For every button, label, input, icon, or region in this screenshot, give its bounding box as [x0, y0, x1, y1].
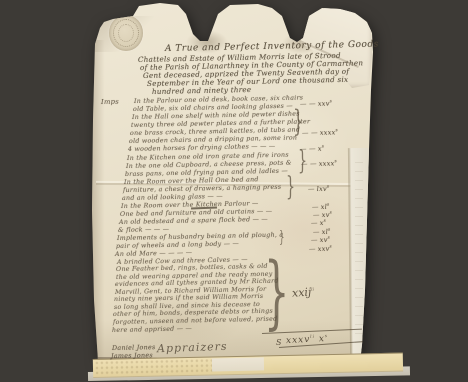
amount-value: —xs [311, 218, 326, 227]
amount-value: — —xxxxs [302, 127, 338, 137]
amount-value-large: xxijli [292, 285, 315, 300]
paper-stain [240, 190, 370, 270]
grouping-brace: } [293, 107, 304, 137]
grouping-brace: } [279, 229, 285, 245]
grouping-brace: } [298, 148, 307, 174]
grouping-brace: } [286, 174, 295, 200]
embossed-seal-stamp [109, 15, 143, 51]
appraisers-label: Appraizers [157, 340, 228, 355]
dash-leader: — — [302, 129, 318, 137]
signature: James Jones [111, 351, 153, 360]
amount-value: —xxvs [309, 244, 332, 254]
paper-patch [212, 357, 264, 371]
sum-mark: S [276, 338, 281, 347]
amount-value: — —xxvs [300, 98, 332, 108]
dash-leader: — [308, 185, 315, 193]
inventory-entry-line: & flock — — — [118, 226, 169, 234]
dash-leader: — [309, 245, 316, 253]
bleed-through-marks [355, 158, 363, 348]
weave-texture [95, 358, 215, 375]
margin-note: Imps [101, 98, 119, 106]
photograph-background: A True and Perfect Inventory of the Good… [0, 0, 468, 382]
amount-value: —lxvs [308, 184, 330, 194]
edge-shadow [92, 40, 106, 362]
